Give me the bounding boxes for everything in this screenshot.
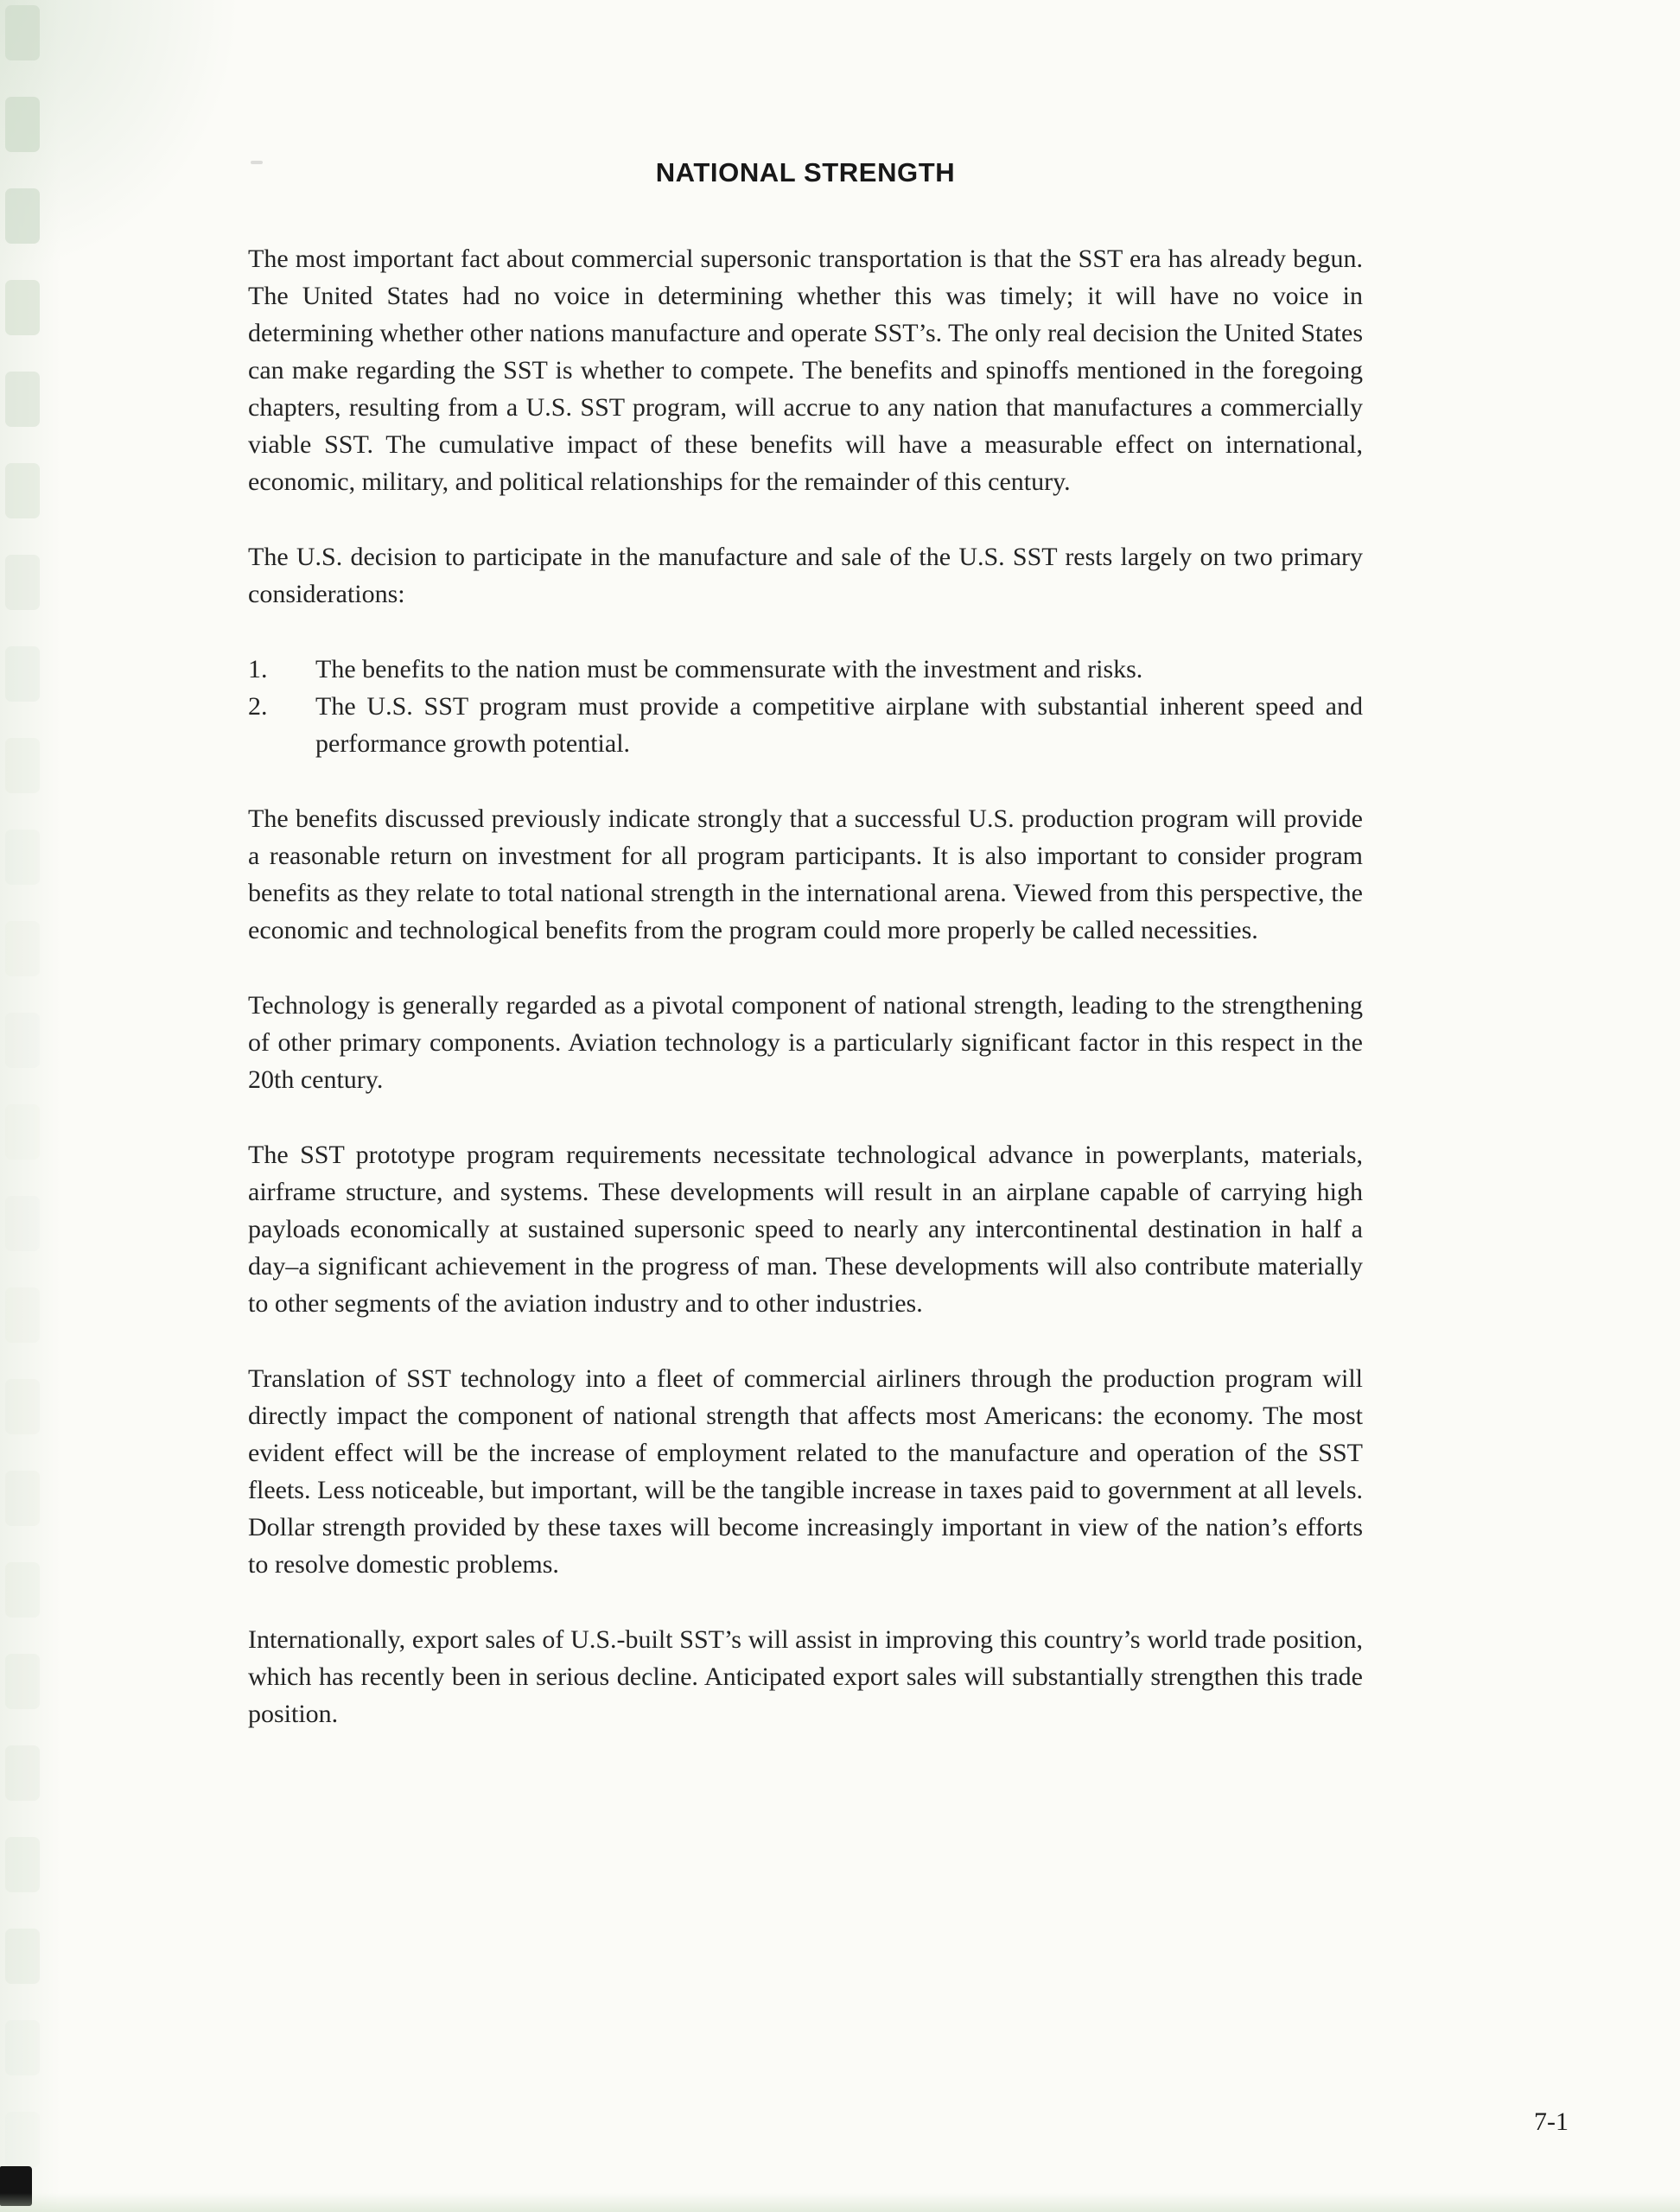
numbered-list-item: 2.The U.S. SST program must provide a co… xyxy=(248,688,1363,762)
binding-mark xyxy=(5,1837,40,1892)
binding-mark xyxy=(5,1196,40,1251)
ink-mark-artifact xyxy=(0,2166,32,2206)
binding-mark xyxy=(5,1929,40,1984)
binding-mark xyxy=(5,2020,40,2075)
paragraph: The most important fact about commercial… xyxy=(248,240,1363,500)
numbered-list-item: 1.The benefits to the nation must be com… xyxy=(248,651,1363,688)
binding-mark xyxy=(5,921,40,976)
binding-mark xyxy=(5,463,40,518)
binding-mark xyxy=(5,280,40,335)
binding-mark xyxy=(5,372,40,427)
binding-mark xyxy=(5,646,40,702)
binding-mark xyxy=(5,1104,40,1160)
binding-mark xyxy=(5,1471,40,1526)
list-item-number: 2. xyxy=(248,688,315,762)
paragraph: Translation of SST technology into a fle… xyxy=(248,1360,1363,1583)
scan-bottom-tint xyxy=(0,2193,1680,2212)
binding-mark xyxy=(5,1654,40,1709)
page-number: 7-1 xyxy=(1534,2105,1569,2139)
binding-mark xyxy=(5,188,40,244)
binding-mark xyxy=(5,555,40,610)
binding-marks-column xyxy=(0,0,60,2212)
list-item-text: The U.S. SST program must provide a comp… xyxy=(315,688,1363,762)
paragraph: The SST prototype program requirements n… xyxy=(248,1136,1363,1322)
paragraph: The U.S. decision to participate in the … xyxy=(248,538,1363,613)
paragraph: The benefits discussed previously indica… xyxy=(248,800,1363,949)
document-body: The most important fact about commercial… xyxy=(248,240,1363,1732)
binding-mark xyxy=(5,1379,40,1434)
binding-mark xyxy=(5,738,40,793)
scanned-document-page: NATIONAL STRENGTH The most important fac… xyxy=(0,0,1680,2212)
binding-mark xyxy=(5,2112,40,2167)
binding-mark xyxy=(5,1013,40,1068)
list-item-number: 1. xyxy=(248,651,315,688)
paragraph: Technology is generally regarded as a pi… xyxy=(248,987,1363,1098)
binding-mark xyxy=(5,829,40,885)
text-column: NATIONAL STRENGTH The most important fac… xyxy=(248,156,1363,1770)
binding-mark xyxy=(5,1287,40,1343)
binding-mark xyxy=(5,5,40,60)
binding-mark xyxy=(5,1562,40,1618)
binding-mark xyxy=(5,1745,40,1801)
binding-mark xyxy=(5,97,40,152)
paragraph: Internationally, export sales of U.S.-bu… xyxy=(248,1621,1363,1732)
list-item-text: The benefits to the nation must be comme… xyxy=(315,651,1363,688)
page-title: NATIONAL STRENGTH xyxy=(248,156,1363,190)
